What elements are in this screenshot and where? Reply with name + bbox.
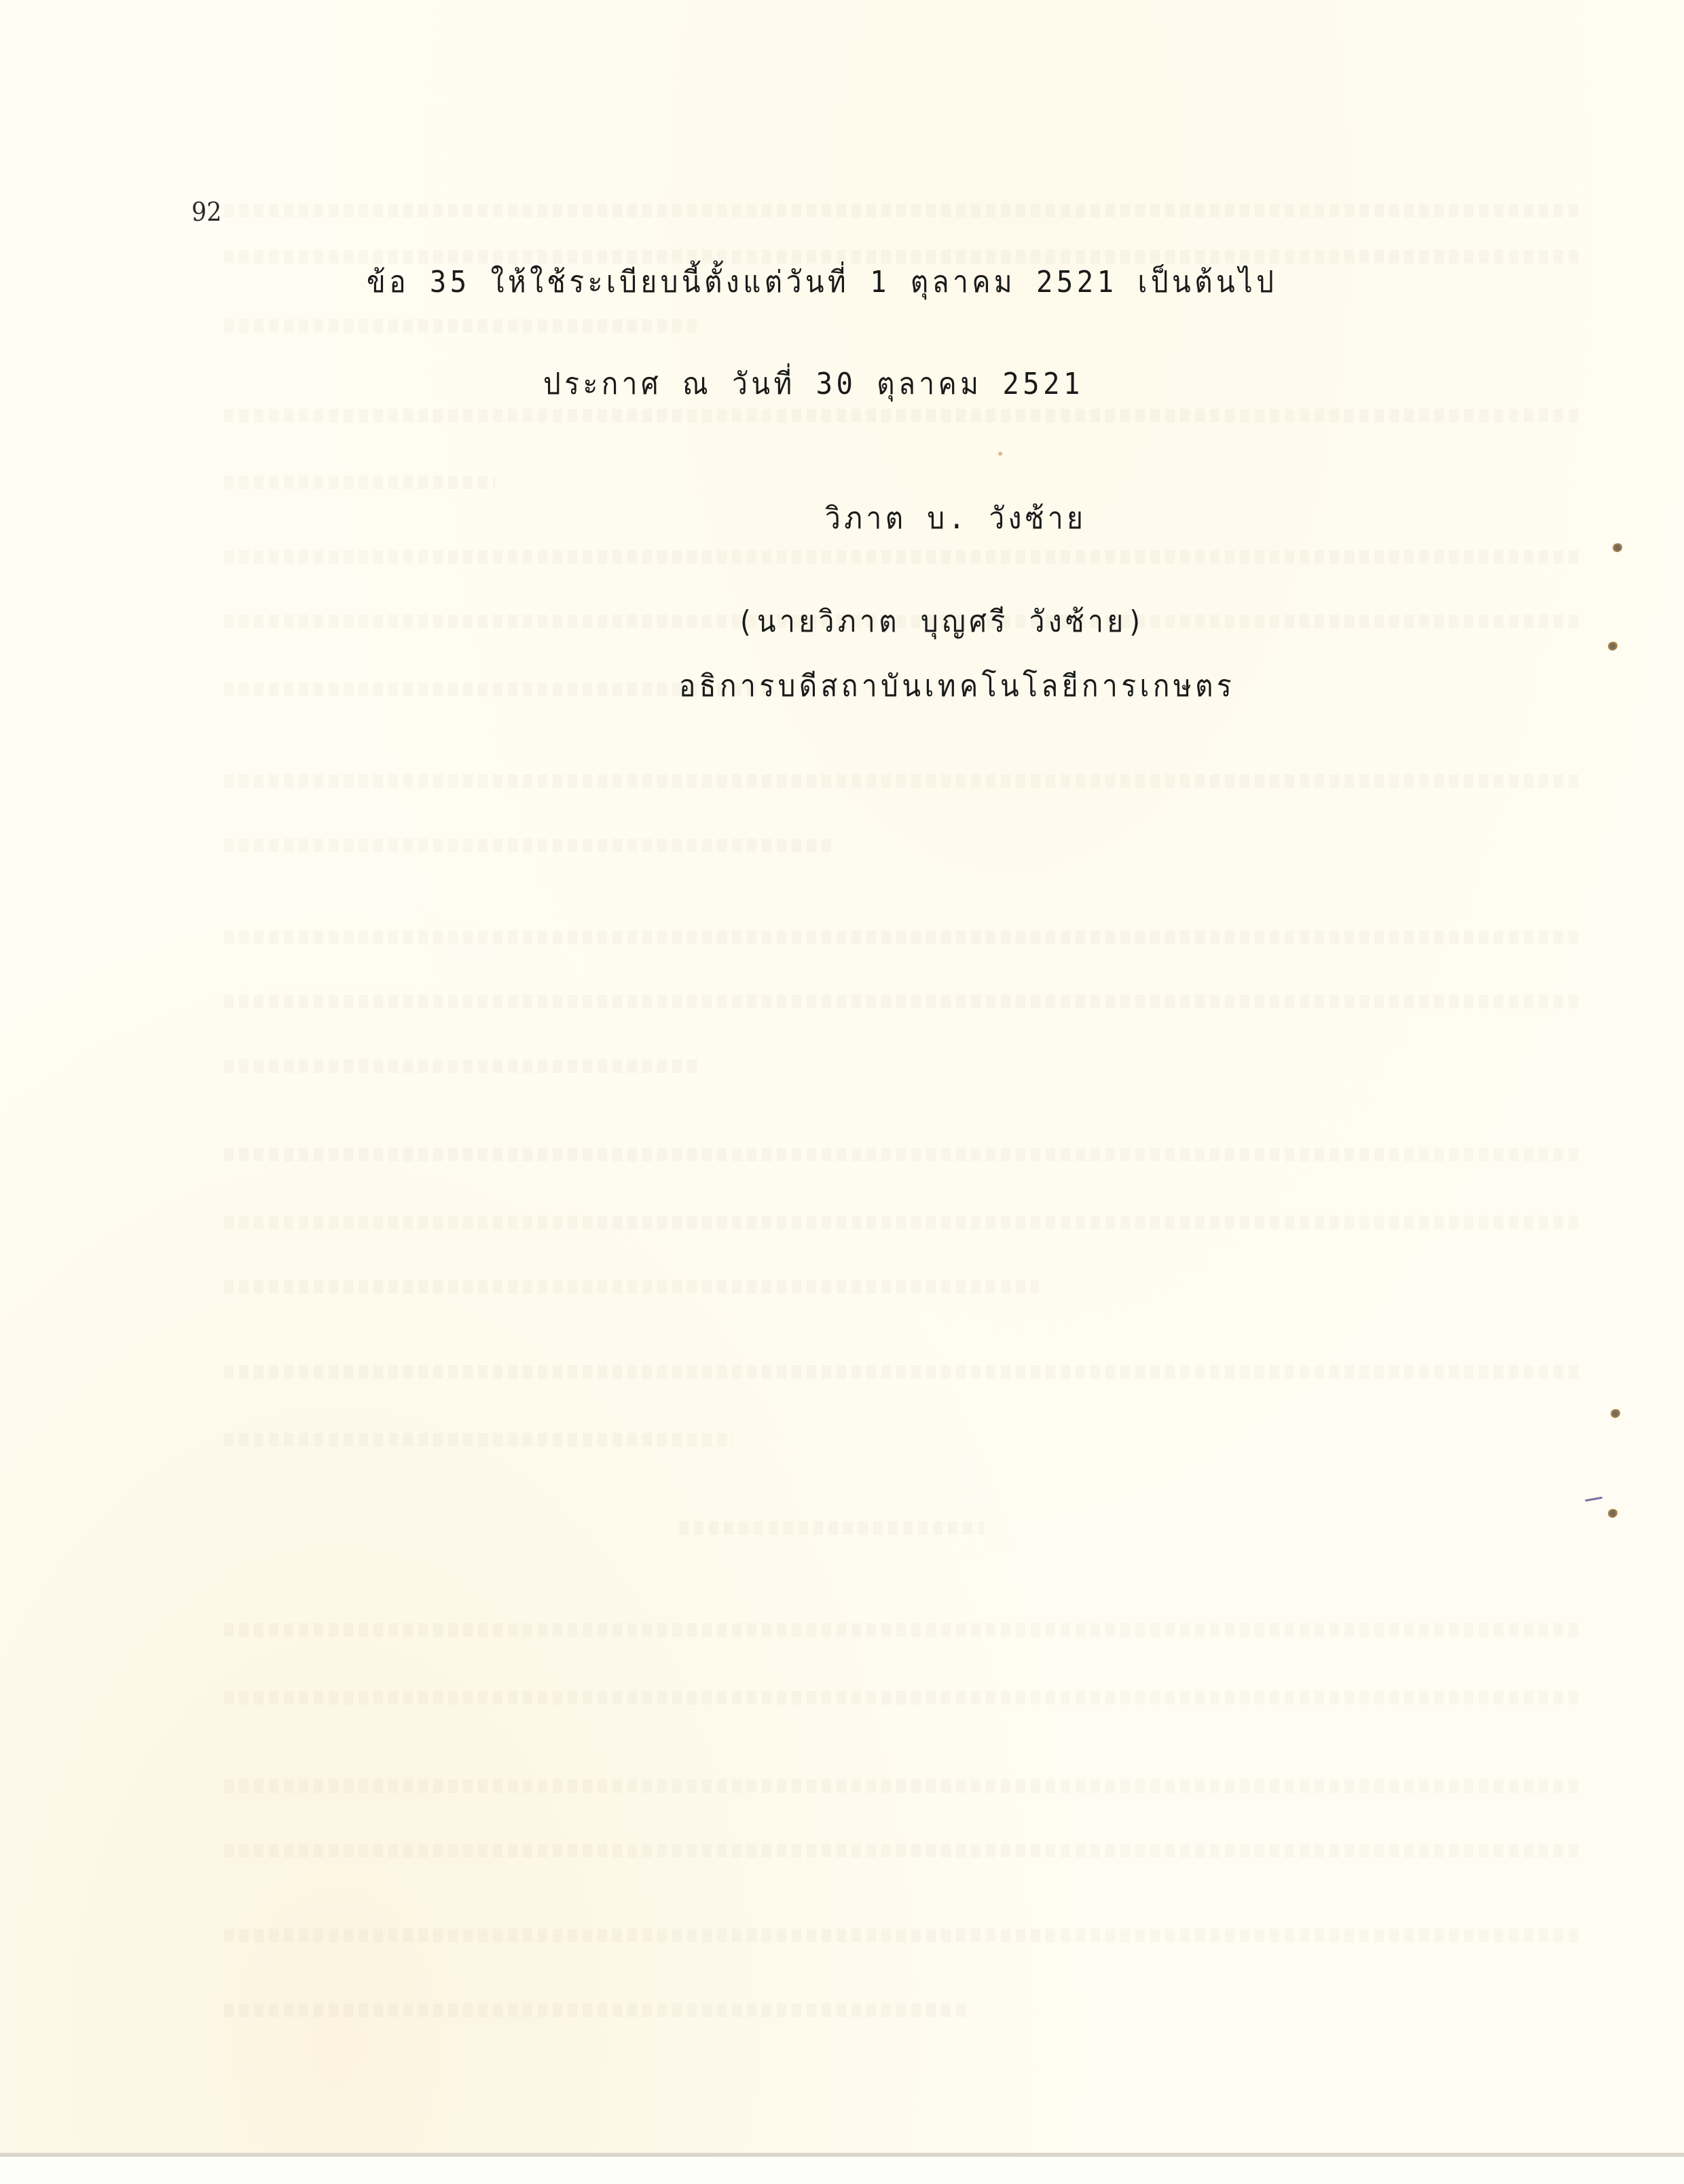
bleed-through-line: [224, 319, 699, 333]
paper-stain: [1611, 1409, 1620, 1418]
bleed-through-line: [224, 475, 496, 489]
bleed-through-line: [224, 1433, 733, 1446]
bleed-through-line: [224, 550, 1582, 564]
bleed-through-line: [224, 774, 1582, 788]
signatory-name: (นายวิภาต บุญศรี วังซ้าย): [737, 598, 1147, 645]
paper-speck: [998, 452, 1002, 456]
scanned-page: 92 ข้อ 35 ให้ใช้ระเบียบนี้ตั้งแต่วันที่ …: [0, 0, 1684, 2157]
page-number: 92: [191, 197, 221, 227]
bleed-through-line: [224, 1280, 1039, 1294]
bleed-through-line: [224, 995, 1582, 1008]
bleed-through-line: [679, 1521, 985, 1535]
bleed-through-line: [224, 204, 1582, 217]
bleed-through-line: [224, 1691, 1582, 1705]
bleed-through-line: [224, 1148, 1582, 1161]
paper-stain: [1608, 1509, 1617, 1518]
bleed-through-line: [224, 1059, 699, 1073]
bleed-through-line: [224, 409, 1582, 422]
bleed-through-line: [224, 1929, 1582, 1942]
paper-stain: [1608, 642, 1617, 651]
signature: วิภาต บ. วังซ้าย: [825, 494, 1086, 542]
clause-35-text: ข้อ 35 ให้ใช้ระเบียบนี้ตั้งแต่วันที่ 1 ต…: [367, 258, 1277, 306]
ink-streak: [1585, 1497, 1603, 1501]
bleed-through-line: [224, 930, 1582, 944]
signatory-title: อธิการบดีสถาบันเทคโนโลยีการเกษตร: [679, 662, 1235, 710]
bleed-through-line: [224, 1779, 1582, 1793]
announcement-date: ประกาศ ณ วันที่ 30 ตุลาคม 2521: [543, 360, 1084, 407]
bleed-through-line: [224, 839, 835, 852]
bleed-through-line: [224, 2003, 971, 2017]
scan-margin: [0, 2157, 1684, 2184]
bleed-through-line: [224, 1844, 1582, 1857]
bleed-through-line: [224, 1623, 1582, 1637]
paper-stain: [1613, 543, 1622, 552]
bleed-through-line: [224, 1365, 1582, 1379]
bleed-through-line: [224, 1216, 1582, 1229]
